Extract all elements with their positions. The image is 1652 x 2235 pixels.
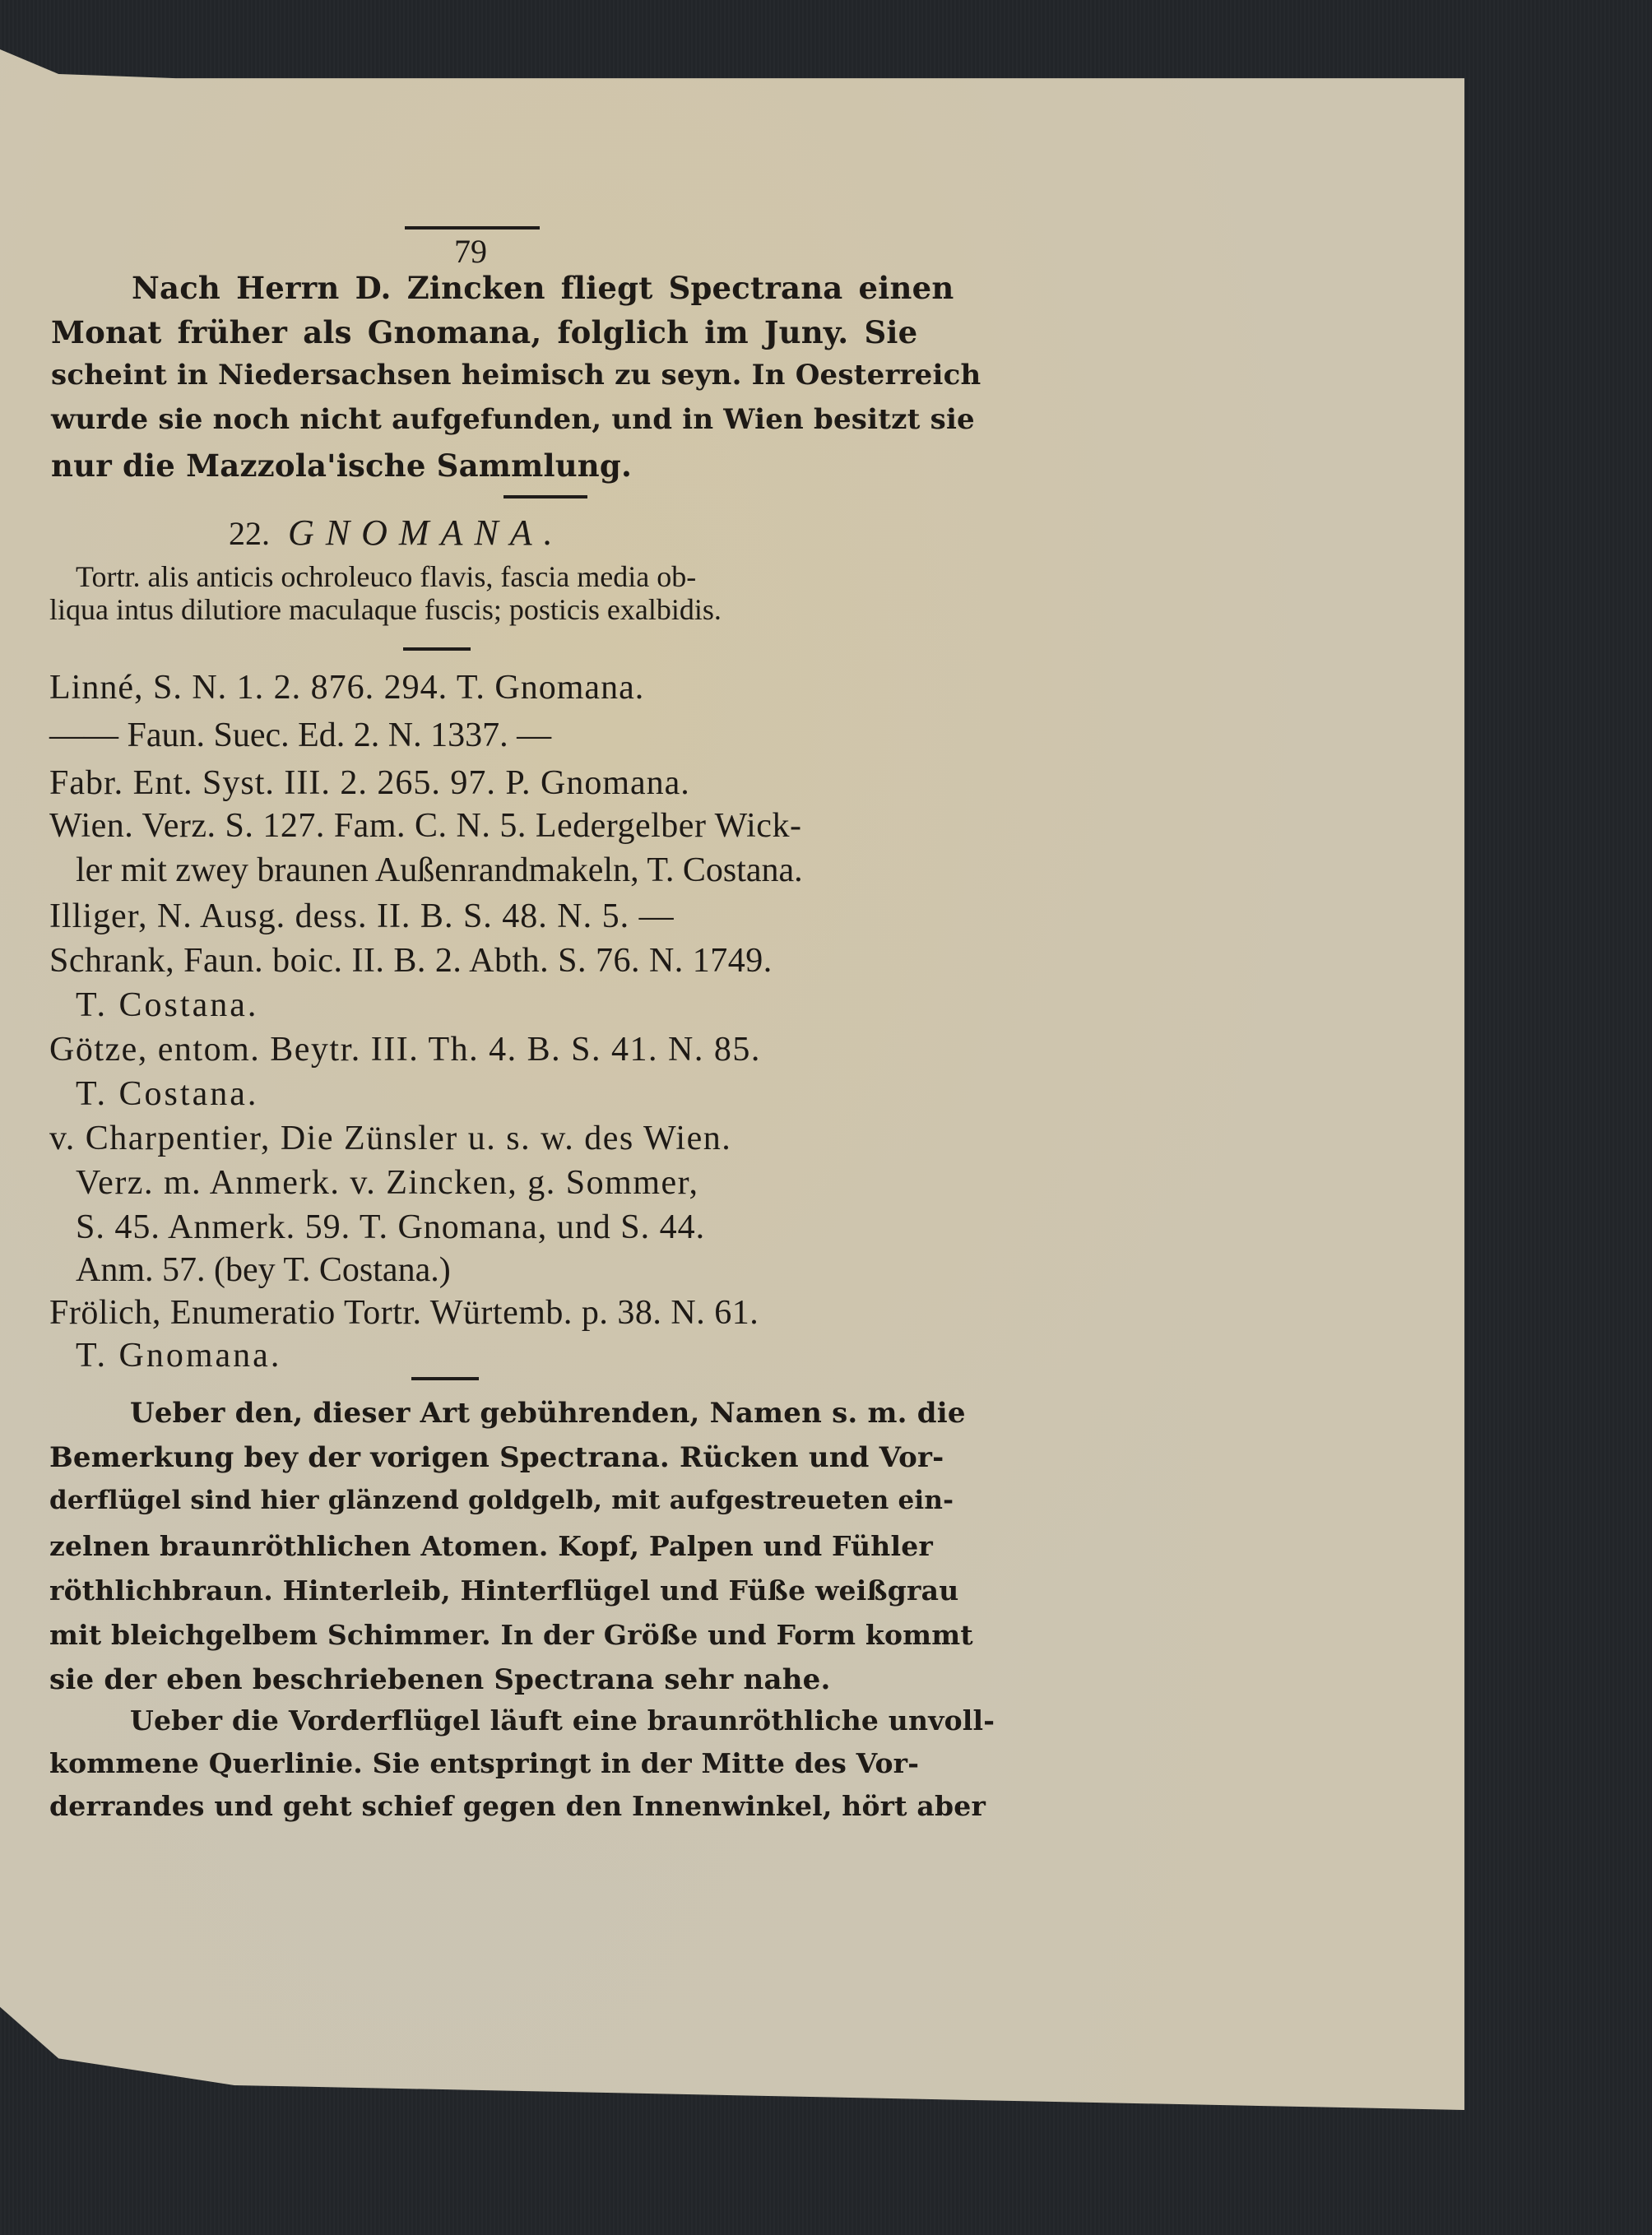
- section-rule-1: [503, 495, 587, 498]
- description-line: Bemerkung bey der vorigen Spectrana. Rüc…: [49, 1441, 944, 1474]
- intro-line-5: nur die Mazzola'ische Sammlung.: [51, 447, 632, 484]
- section-rule-2: [403, 647, 471, 651]
- diagnosis-line-1: Tortr. alis anticis ochroleuco flavis, f…: [76, 559, 696, 594]
- reference-line: S. 45. Anmerk. 59. T. Gnomana, und S. 44…: [76, 1208, 705, 1247]
- reference-line: v. Charpentier, Die Zünsler u. s. w. des…: [49, 1119, 731, 1158]
- species-heading: 22. GNOMANA.: [229, 512, 564, 554]
- reference-line: Anm. 57. (bey T. Costana.): [76, 1250, 451, 1290]
- reference-line: ler mit zwey braunen Außenrandmakeln, T.…: [76, 851, 803, 890]
- description-line: sie der eben beschriebenen Spectrana seh…: [49, 1663, 831, 1696]
- book-page: 79 Nach Herrn D. Zincken fliegt Spectran…: [0, 49, 1464, 2110]
- diagnosis-line-2: liqua intus dilutiore maculaque fuscis; …: [49, 592, 722, 627]
- reference-line: —— Faun. Suec. Ed. 2. N. 1337. —: [49, 716, 551, 755]
- reference-line: Wien. Verz. S. 127. Fam. C. N. 5. Lederg…: [49, 806, 801, 846]
- reference-line: T. Gnomana.: [76, 1336, 281, 1375]
- reference-line: Schrank, Faun. boic. II. B. 2. Abth. S. …: [49, 941, 773, 981]
- description-line: kommene Querlinie. Sie entspringt in der…: [49, 1747, 919, 1779]
- species-number: 22.: [229, 515, 270, 552]
- description-line: röthlichbraun. Hinterleib, Hinterflügel …: [49, 1574, 958, 1607]
- intro-line-3: scheint in Niedersachsen heimisch zu sey…: [51, 359, 981, 392]
- reference-line: Götze, entom. Beytr. III. Th. 4. B. S. 4…: [49, 1030, 761, 1069]
- description-line: derrandes und geht schief gegen den Inne…: [49, 1790, 986, 1822]
- reference-line: T. Costana.: [76, 1074, 258, 1114]
- description-line: Ueber die Vorderflügel läuft eine braunr…: [130, 1704, 995, 1737]
- description-line: derflügel sind hier glänzend goldgelb, m…: [49, 1486, 954, 1515]
- intro-line-2: Monat früher als Gnomana, folglich im Ju…: [51, 314, 917, 350]
- reference-line: T. Costana.: [76, 985, 258, 1025]
- species-name: GNOMANA.: [288, 512, 564, 553]
- description-line: zelnen braunröthlichen Atomen. Kopf, Pal…: [49, 1530, 933, 1562]
- description-line: Ueber den, dieser Art gebührenden, Namen…: [130, 1397, 966, 1430]
- page-number: 79: [454, 232, 487, 271]
- intro-line-4: wurde sie noch nicht aufgefunden, und in…: [51, 403, 975, 436]
- reference-line: Linné, S. N. 1. 2. 876. 294. T. Gnomana.: [49, 668, 644, 707]
- reference-line: Fabr. Ent. Syst. III. 2. 265. 97. P. Gno…: [49, 763, 690, 803]
- intro-line-1: Nach Herrn D. Zincken fliegt Spectrana e…: [132, 270, 954, 306]
- header-rule: [405, 226, 540, 230]
- reference-line: Frölich, Enumeratio Tortr. Würtemb. p. 3…: [49, 1293, 759, 1333]
- reference-line: Illiger, N. Ausg. dess. II. B. S. 48. N.…: [49, 897, 675, 936]
- reference-line: Verz. m. Anmerk. v. Zincken, g. Sommer,: [76, 1163, 698, 1203]
- section-rule-3: [411, 1377, 479, 1380]
- description-line: mit bleichgelbem Schimmer. In der Größe …: [49, 1619, 973, 1651]
